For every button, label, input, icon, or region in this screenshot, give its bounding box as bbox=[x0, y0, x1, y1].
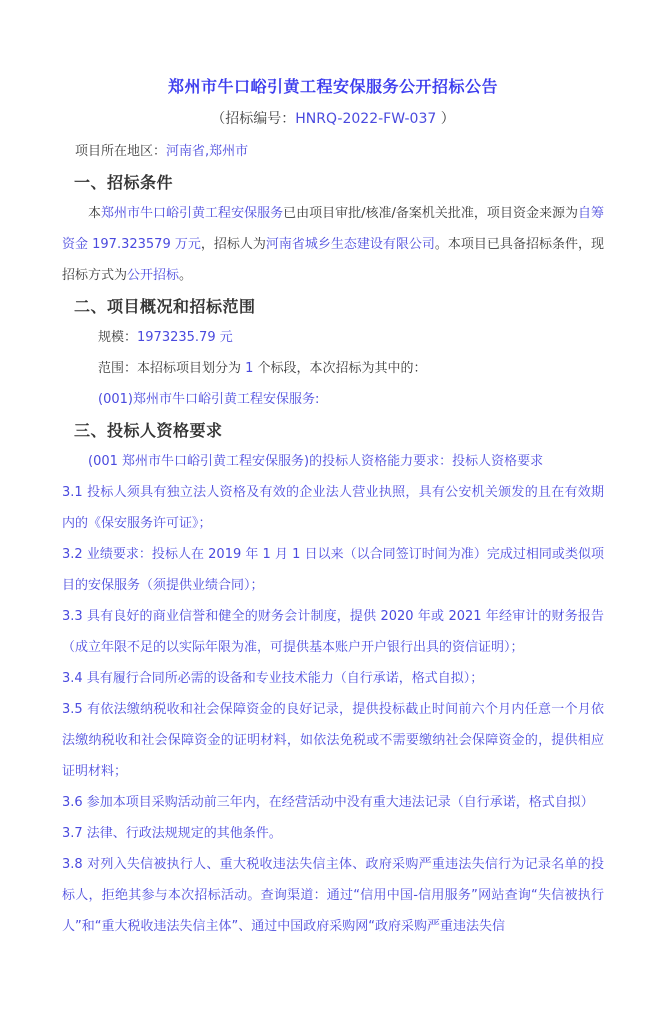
qualification-item-3-6: 3.6 参加本项目采购活动前三年内，在经营活动中没有重大违法记录（自行承诺，格式… bbox=[62, 787, 604, 818]
qualification-item-3-8: 3.8 对列入失信被执行人、重大税收违法失信主体、政府采购严重违法失信行为记录名… bbox=[62, 849, 604, 942]
scale-line: 规模：1973235.79 元 bbox=[62, 322, 604, 353]
tender-method: 公开招标 bbox=[127, 268, 179, 283]
scale-value: 1973235.79 元 bbox=[137, 330, 233, 345]
qualification-item-3-3: 3.3 具有良好的商业信誉和健全的财务会计制度，提供 2020 年或 2021 … bbox=[62, 601, 604, 663]
qualification-item-3-1: 3.1 投标人须具有独立法人资格及有效的企业法人营业执照，具有公安机关颁发的且在… bbox=[62, 477, 604, 539]
page-title: 郑州市牛口峪引黄工程安保服务公开招标公告 bbox=[62, 72, 604, 102]
scope-text: 个标段，本次招标为其中的： bbox=[253, 361, 426, 376]
qualification-item-3-2: 3.2 业绩要求：投标人在 2019 年 1 月 1 日以来（以合同签订时间为准… bbox=[62, 539, 604, 601]
bid-number: HNRQ-2022-FW-037 bbox=[295, 111, 436, 127]
project-location-value: 河南省,郑州市 bbox=[166, 144, 248, 159]
qualification-item-3-7: 3.7 法律、行政法规规定的其他条件。 bbox=[62, 818, 604, 849]
qualification-item-3-5: 3.5 有依法缴纳税收和社会保障资金的良好记录，提供投标截止时间前六个月内任意一… bbox=[62, 694, 604, 787]
tender-announcement-page: 郑州市牛口峪引黄工程安保服务公开招标公告 （招标编号：HNRQ-2022-FW-… bbox=[0, 0, 664, 1020]
section-heading-tender-conditions: 一、招标条件 bbox=[62, 167, 604, 198]
paragraph-text: 本 bbox=[88, 206, 101, 221]
project-name-link: 郑州市牛口峪引黄工程安保服务 bbox=[101, 206, 283, 221]
section-heading-project-overview: 二、项目概况和招标范围 bbox=[62, 291, 604, 322]
qualification-intro: (001 郑州市牛口峪引黄工程安保服务)的投标人资格能力要求：投标人资格要求 bbox=[62, 446, 604, 477]
qualification-item-3-4: 3.4 具有履行合同所必需的设备和专业技术能力（自行承诺，格式自拟）； bbox=[62, 663, 604, 694]
bid-number-suffix: ） bbox=[436, 111, 454, 127]
scope-line: 范围：本招标项目划分为 1 个标段，本次招标为其中的： bbox=[62, 353, 604, 384]
scope-text: 范围：本招标项目划分为 bbox=[98, 361, 245, 376]
paragraph-text: 。 bbox=[179, 268, 192, 283]
paragraph-text: 已由项目审批/核准/备案机关批准，项目资金来源为 bbox=[283, 206, 578, 221]
tenderer-name: 河南省城乡生态建设有限公司 bbox=[266, 237, 435, 252]
bid-number-line: （招标编号：HNRQ-2022-FW-037 ） bbox=[62, 102, 604, 136]
project-location-label: 项目所在地区： bbox=[75, 144, 166, 159]
section-heading-bidder-qualification: 三、投标人资格要求 bbox=[62, 415, 604, 446]
tender-conditions-paragraph: 本郑州市牛口峪引黄工程安保服务已由项目审批/核准/备案机关批准，项目资金来源为自… bbox=[62, 198, 604, 291]
project-location-line: 项目所在地区：河南省,郑州市 bbox=[62, 136, 604, 167]
scale-label: 规模： bbox=[98, 330, 137, 345]
lot-line: (001)郑州市牛口峪引黄工程安保服务: bbox=[62, 384, 604, 415]
paragraph-text: ，招标人为 bbox=[201, 237, 266, 252]
bid-number-prefix: （招标编号： bbox=[211, 111, 295, 127]
